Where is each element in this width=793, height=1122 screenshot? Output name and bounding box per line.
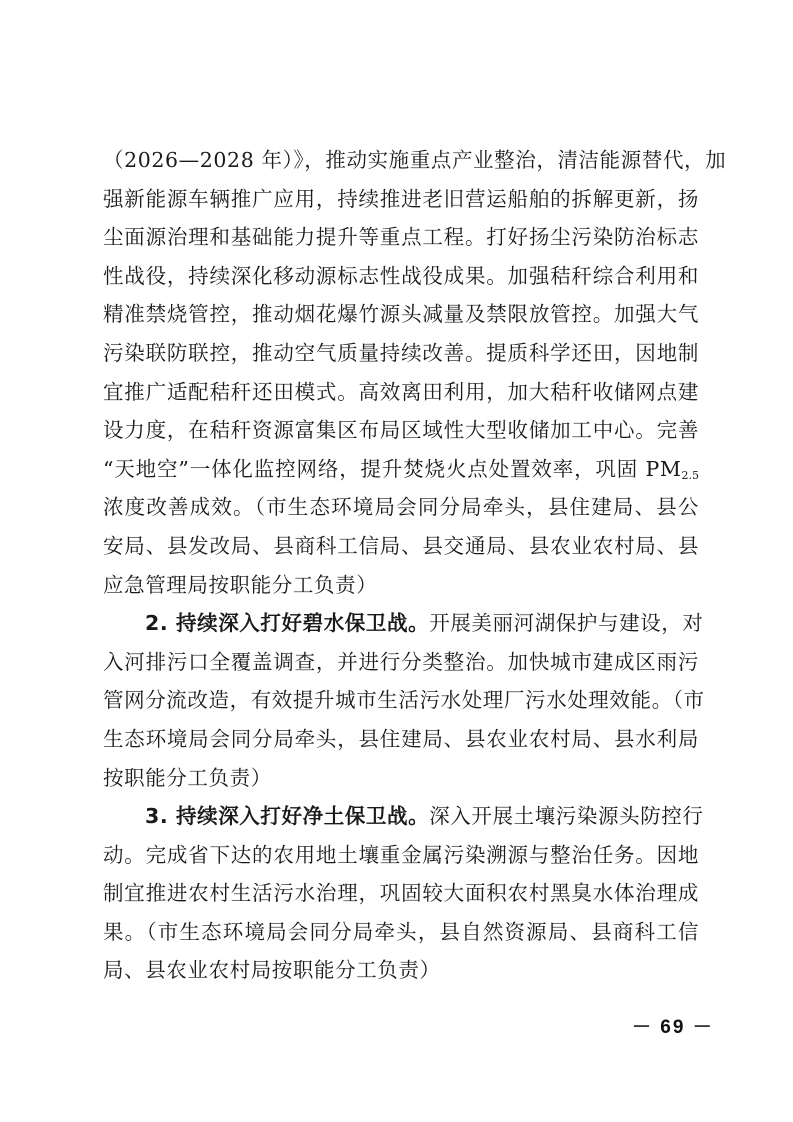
text-line: 尘面源治理和基础能力提升等重点工程。打好扬尘污染防治标志 — [103, 218, 699, 257]
text-line: 入河排污口全覆盖调查，并进行分类整治。加快城市建成区雨污 — [103, 643, 699, 682]
section-heading-soil: 3. 持续深入打好净土保卫战。 — [145, 804, 429, 828]
text-line: 污染联防联控，推动空气质量持续改善。提质科学还田，因地制 — [103, 334, 699, 373]
text-line: 动。完成省下达的农用地土壤重金属污染溯源与整治任务。因地 — [103, 836, 699, 875]
text-line: 强新能源车辆推广应用，持续推进老旧营运船舶的拆解更新，扬 — [103, 180, 699, 219]
text-line: 宜推广适配秸秆还田模式。高效离田利用，加大秸秆收储网点建 — [103, 373, 699, 412]
section-heading-line: 3. 持续深入打好净土保卫战。深入开展土壤污染源头防控行 — [103, 797, 699, 836]
body-text: （2026—2028 年）》，推动实施重点产业整治，清洁能源替代，加 强新能源车… — [103, 141, 699, 990]
section-heading-water: 2. 持续深入打好碧水保卫战。 — [145, 611, 429, 635]
pm-subscript: 2.5 — [682, 469, 700, 482]
page-number: － 69 － — [632, 1012, 714, 1039]
pm-line-text: “天地空”一体化监控网络，提升焚烧火点处置效率，巩固 PM — [103, 457, 682, 481]
document-page: （2026—2028 年）》，推动实施重点产业整治，清洁能源替代，加 强新能源车… — [0, 0, 793, 1122]
text-line: 果。（市生态环境局会同分局牵头，县自然资源局、县商科工信 — [103, 913, 699, 952]
section-heading-line: 2. 持续深入打好碧水保卫战。开展美丽河湖保护与建设，对 — [103, 604, 699, 643]
text-line: 设力度，在秸秆资源富集区布局区域性大型收储加工中心。完善 — [103, 411, 699, 450]
heading-line-rest: 开展美丽河湖保护与建设，对 — [429, 611, 703, 635]
text-line: 生态环境局会同分局牵头，县住建局、县农业农村局、县水利局 — [103, 720, 699, 759]
text-line: 安局、县发改局、县商科工信局、县交通局、县农业农村局、县 — [103, 527, 699, 566]
text-line: 局、县农业农村局按职能分工负责） — [103, 951, 699, 990]
text-line: 应急管理局按职能分工负责） — [103, 566, 699, 605]
text-line: 浓度改善成效。（市生态环境局会同分局牵头，县住建局、县公 — [103, 488, 699, 527]
text-line-pm25: “天地空”一体化监控网络，提升焚烧火点处置效率，巩固 PM2.5 — [103, 450, 699, 489]
text-line: 精准禁烧管控，推动烟花爆竹源头减量及禁限放管控。加强大气 — [103, 295, 699, 334]
text-line: 按职能分工负责） — [103, 759, 699, 798]
text-line: 制宜推进农村生活污水治理，巩固较大面积农村黑臭水体治理成 — [103, 874, 699, 913]
text-line: （2026—2028 年）》，推动实施重点产业整治，清洁能源替代，加 — [103, 141, 699, 180]
text-line: 管网分流改造，有效提升城市生活污水处理厂污水处理效能。（市 — [103, 681, 699, 720]
heading-line-rest: 深入开展土壤污染源头防控行 — [429, 804, 703, 828]
text-line: 性战役，持续深化移动源标志性战役成果。加强秸秆综合利用和 — [103, 257, 699, 296]
